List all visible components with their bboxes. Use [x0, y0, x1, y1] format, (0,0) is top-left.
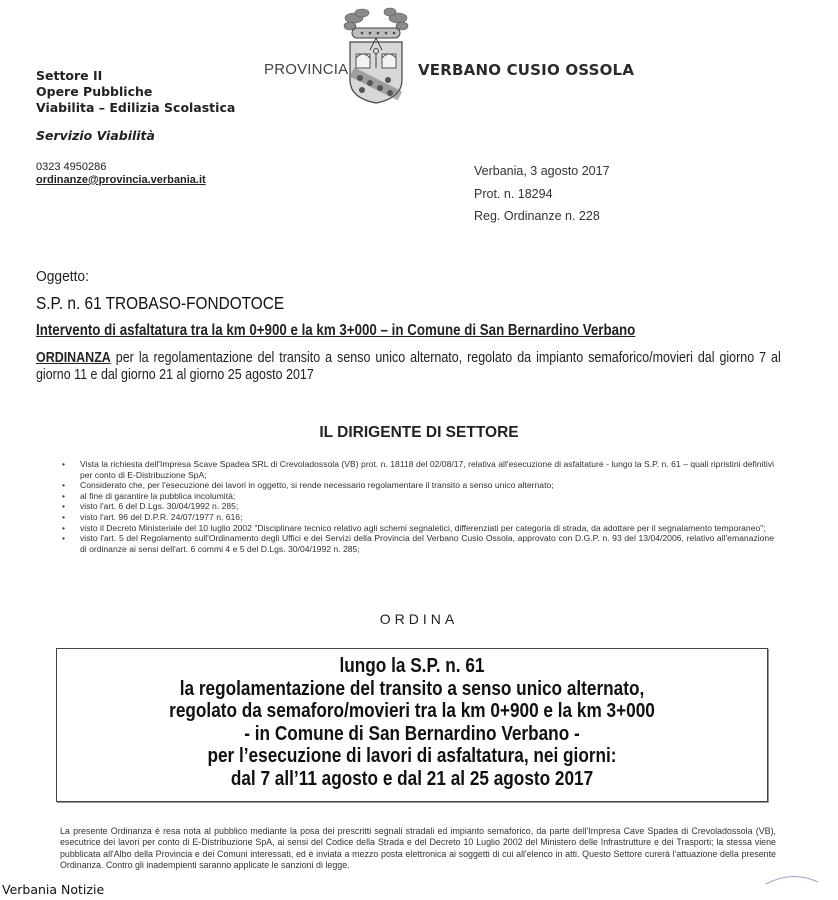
- order-box: lungo la S.P. n. 61 la regolamentazione …: [56, 648, 768, 802]
- intervention-title: Intervento di asfaltatura tra la km 0+90…: [36, 322, 635, 340]
- protocol-number: Prot. n. 18294: [474, 183, 610, 206]
- order-title: ORDINA: [0, 611, 838, 627]
- watermark: Verbania Notizie: [2, 882, 104, 897]
- service-name: Servizio Viabilità: [36, 128, 155, 143]
- ordinance-text: per la regolamentazione del transito a s…: [36, 350, 781, 383]
- order-line: per l’esecuzione di lavori di asfaltatur…: [107, 745, 718, 768]
- province-label: PROVINCIA: [264, 61, 348, 78]
- premise-item: visto l'art. 96 del D.P.R. 24/07/1977 n.…: [62, 512, 774, 523]
- stamp-mark-icon: [762, 868, 822, 888]
- premise-item: visto l'art. 6 del D.Lgs. 30/04/1992 n. …: [62, 501, 774, 512]
- ordinance-word: ORDINANZA: [36, 350, 111, 366]
- coat-of-arms-icon: [340, 6, 412, 104]
- premises-list: Vista la richiesta dell'Impresa Scave Sp…: [62, 459, 774, 554]
- email-link[interactable]: ordinanze@provincia.verbania.it: [36, 174, 206, 186]
- premise-item: Considerato che, per l'esecuzione dei la…: [62, 480, 774, 491]
- footer-notice: La presente Ordinanza è resa nota al pub…: [60, 826, 776, 871]
- document-meta: Verbania, 3 agosto 2017 Prot. n. 18294 R…: [474, 160, 610, 228]
- sector-block: Settore II Opere Pubbliche Viabilita – E…: [36, 68, 235, 116]
- order-line: dal 7 all’11 agosto e dal 21 al 25 agost…: [107, 768, 718, 791]
- phone-number: 0323 4950286: [36, 160, 106, 174]
- premise-item: visto il Decreto Ministeriale del 10 lug…: [62, 523, 774, 534]
- premise-item: Vista la richiesta dell'Impresa Scave Sp…: [62, 459, 774, 480]
- order-line: la regolamentazione del transito a senso…: [107, 678, 718, 701]
- sector-line: Opere Pubbliche: [36, 84, 235, 100]
- order-line: lungo la S.P. n. 61: [107, 655, 718, 678]
- premise-item: al fine di garantire la pubblica incolum…: [62, 491, 774, 502]
- authority-title: IL DIRIGENTE DI SETTORE: [0, 424, 838, 442]
- sector-line: Viabilita – Edilizia Scolastica: [36, 100, 235, 116]
- place-date: Verbania, 3 agosto 2017: [474, 160, 610, 183]
- sector-line: Settore II: [36, 68, 235, 84]
- register-number: Reg. Ordinanze n. 228: [474, 205, 610, 228]
- subject-label: Oggetto:: [36, 268, 89, 285]
- road-title: S.P. n. 61 TROBASO-FONDOTOCE: [36, 293, 284, 314]
- premise-item: visto l'art. 5 del Regolamento sull'Ordi…: [62, 533, 774, 554]
- province-name: VERBANO CUSIO OSSOLA: [418, 61, 634, 79]
- order-line: - in Comune di San Bernardino Verbano -: [107, 723, 718, 746]
- ordinance-description: ORDINANZA per la regolamentazione del tr…: [36, 350, 781, 384]
- order-line: regolato da semaforo/movieri tra la km 0…: [107, 700, 718, 723]
